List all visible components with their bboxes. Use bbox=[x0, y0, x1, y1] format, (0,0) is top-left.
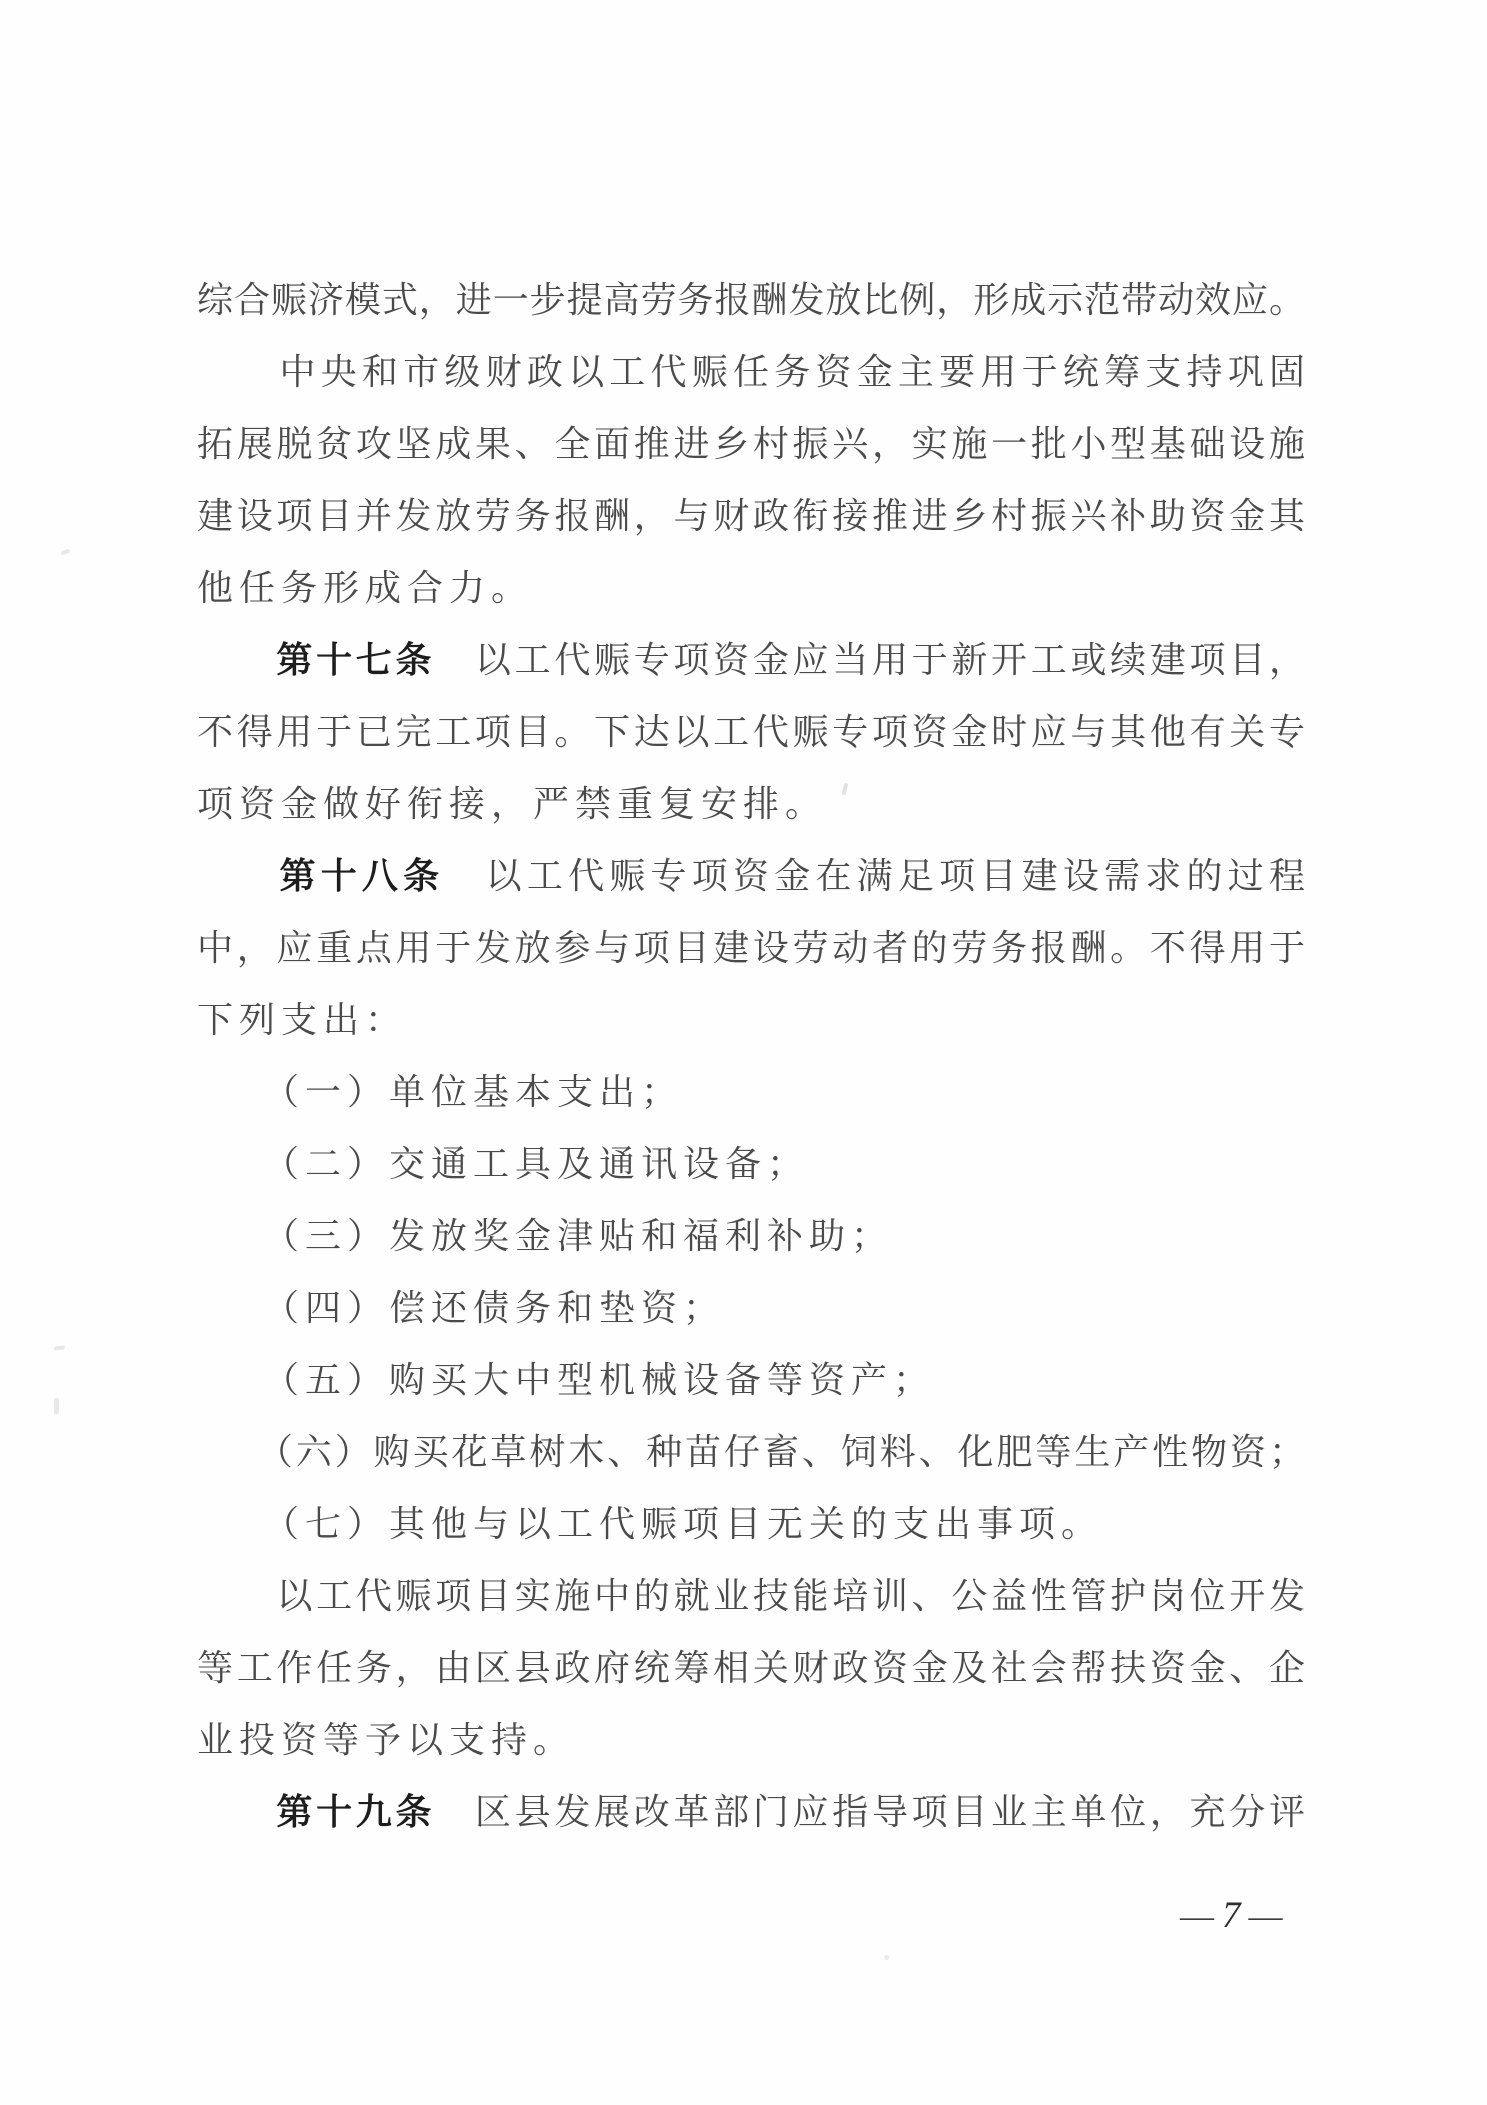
scan-artifact bbox=[884, 1955, 889, 1960]
text-segment: 他任务形成合力。 bbox=[197, 568, 533, 608]
text-segment: （六）购买花草树木、种苗仔畜、饲料、化肥等生产性物资； bbox=[197, 1432, 1305, 1472]
text-segment: 综合赈济模式，进一步提高劳务报酬发放比例，形成示范带动效应。 bbox=[197, 280, 1305, 320]
text-line: 项资金做好衔接，严禁重复安排。 bbox=[197, 768, 1305, 840]
text-line: 不得用于已完工项目。下达以工代赈专项资金时应与其他有关专 bbox=[197, 696, 1305, 768]
page-number: —7— bbox=[1180, 1892, 1283, 1940]
text-line: 第十九条 区县发展改革部门应指导项目业主单位，充分评 bbox=[197, 1776, 1305, 1848]
text-segment: 中，应重点用于发放参与项目建设劳动者的劳务报酬。不得用于 bbox=[197, 928, 1305, 968]
text-segment: 业投资等予以支持。 bbox=[197, 1720, 575, 1760]
text-line: 中央和市级财政以工代赈任务资金主要用于统筹支持巩固 bbox=[197, 336, 1305, 408]
text-line: 他任务形成合力。 bbox=[197, 552, 1305, 624]
page-number-left-dash: — bbox=[1180, 1893, 1214, 1941]
text-line: 综合赈济模式，进一步提高劳务报酬发放比例，形成示范带动效应。 bbox=[197, 264, 1305, 336]
text-line: 第十七条 以工代赈专项资金应当用于新开工或续建项目， bbox=[197, 624, 1305, 696]
article-heading: 第十九条 bbox=[276, 1792, 435, 1832]
text-line: （四）偿还债务和垫资； bbox=[197, 1272, 1305, 1344]
article-heading: 第十七条 bbox=[276, 640, 435, 680]
text-segment bbox=[197, 856, 279, 896]
text-segment bbox=[197, 1792, 276, 1832]
text-line: 等工作任务，由区县政府统筹相关财政资金及社会帮扶资金、企 bbox=[197, 1632, 1305, 1704]
text-line: 建设项目并发放劳务报酬，与财政衔接推进乡村振兴补助资金其 bbox=[197, 480, 1305, 552]
text-line: 下列支出： bbox=[197, 984, 1305, 1056]
text-segment: 等工作任务，由区县政府统筹相关财政资金及社会帮扶资金、企 bbox=[197, 1648, 1305, 1688]
text-line: （五）购买大中型机械设备等资产； bbox=[197, 1344, 1305, 1416]
document-body: 综合赈济模式，进一步提高劳务报酬发放比例，形成示范带动效应。 中央和市级财政以工… bbox=[197, 264, 1305, 1848]
text-segment: 以工代赈项目实施中的就业技能培训、公益性管护岗位开发 bbox=[197, 1576, 1305, 1616]
scan-artifact bbox=[61, 549, 71, 556]
text-line: （三）发放奖金津贴和福利补助； bbox=[197, 1200, 1305, 1272]
document-page: 综合赈济模式，进一步提高劳务报酬发放比例，形成示范带动效应。 中央和市级财政以工… bbox=[0, 0, 1487, 2105]
scan-artifact bbox=[54, 1398, 59, 1414]
page-number-value: 7 bbox=[1222, 1892, 1241, 1940]
text-segment: 建设项目并发放劳务报酬，与财政衔接推进乡村振兴补助资金其 bbox=[197, 496, 1305, 536]
text-line: （一）单位基本支出； bbox=[197, 1056, 1305, 1128]
text-segment: 以工代赈专项资金在满足项目建设需求的过程 bbox=[444, 856, 1305, 896]
text-segment: （五）购买大中型机械设备等资产； bbox=[197, 1360, 935, 1400]
text-segment bbox=[197, 640, 276, 680]
text-line: （七）其他与以工代赈项目无关的支出事项。 bbox=[197, 1488, 1305, 1560]
text-segment: （三）发放奖金津贴和福利补助； bbox=[197, 1216, 893, 1256]
text-segment: （二）交通工具及通讯设备； bbox=[197, 1144, 809, 1184]
text-segment: （七）其他与以工代赈项目无关的支出事项。 bbox=[197, 1504, 1103, 1544]
text-segment: 不得用于已完工项目。下达以工代赈专项资金时应与其他有关专 bbox=[197, 712, 1305, 752]
text-segment: 中央和市级财政以工代赈任务资金主要用于统筹支持巩固 bbox=[197, 352, 1305, 392]
text-segment: （一）单位基本支出； bbox=[197, 1072, 683, 1112]
text-segment: 以工代赈专项资金应当用于新开工或续建项目， bbox=[435, 640, 1305, 680]
text-line: 中，应重点用于发放参与项目建设劳动者的劳务报酬。不得用于 bbox=[197, 912, 1305, 984]
text-line: （二）交通工具及通讯设备； bbox=[197, 1128, 1305, 1200]
text-segment: （四）偿还债务和垫资； bbox=[197, 1288, 725, 1328]
text-line: 以工代赈项目实施中的就业技能培训、公益性管护岗位开发 bbox=[197, 1560, 1305, 1632]
text-line: 第十八条 以工代赈专项资金在满足项目建设需求的过程 bbox=[197, 840, 1305, 912]
text-segment: 区县发展改革部门应指导项目业主单位，充分评 bbox=[435, 1792, 1305, 1832]
text-line: 业投资等予以支持。 bbox=[197, 1704, 1305, 1776]
text-segment: 项资金做好衔接，严禁重复安排。 bbox=[197, 784, 827, 824]
scan-artifact bbox=[54, 1345, 65, 1350]
text-line: （六）购买花草树木、种苗仔畜、饲料、化肥等生产性物资； bbox=[197, 1416, 1305, 1488]
page-number-right-dash: — bbox=[1249, 1893, 1283, 1941]
article-heading: 第十八条 bbox=[279, 856, 444, 896]
text-segment: 拓展脱贫攻坚成果、全面推进乡村振兴，实施一批小型基础设施 bbox=[197, 424, 1305, 464]
text-line: 拓展脱贫攻坚成果、全面推进乡村振兴，实施一批小型基础设施 bbox=[197, 408, 1305, 480]
text-segment: 下列支出： bbox=[197, 1000, 407, 1040]
